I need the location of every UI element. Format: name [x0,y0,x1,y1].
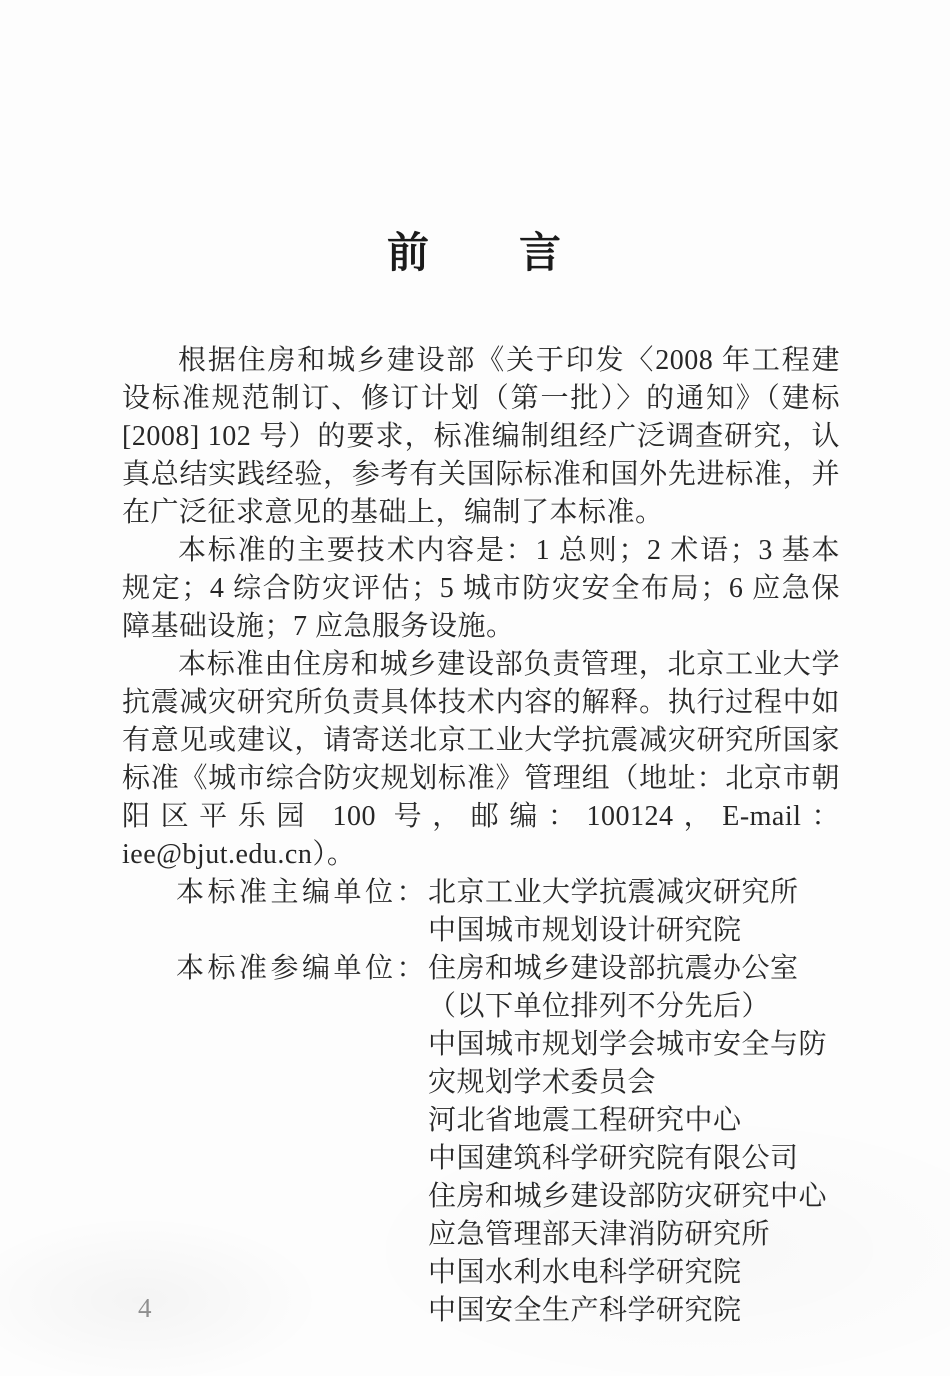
paragraph-management-contact: 本标准由住房和城乡建设部负责管理，北京工业大学抗震减灾研究所负责具体技术内容的解… [122,646,840,874]
chief-editor-unit-row: 本标准主编单位： 北京工业大学抗震减灾研究所 中国城市规划设计研究院 [176,874,840,950]
chief-editor-unit-label: 本标准主编单位： [176,874,428,912]
organization-name: 应急管理部天津消防研究所 [428,1216,840,1254]
organization-name: 河北省地震工程研究中心 [428,1102,840,1140]
participating-unit-orgs: 住房和城乡建设部抗震办公室（以下单位排列不分先后） 中国城市规划学会城市安全与防… [428,950,840,1330]
participating-unit-row: 本标准参编单位： 住房和城乡建设部抗震办公室（以下单位排列不分先后） 中国城市规… [176,950,840,1330]
organization-name: 中国安全生产科学研究院 [428,1292,840,1330]
organization-name: 北京工业大学抗震减灾研究所 [428,874,840,912]
organization-name: 住房和城乡建设部防灾研究中心 [428,1178,840,1216]
organization-name: 中国城市规划学会城市安全与防灾规划学术委员会 [428,1026,840,1102]
organization-name: 中国水利水电科学研究院 [428,1254,840,1292]
document-body: 根据住房和城乡建设部《关于印发〈2008 年工程建设标准规范制订、修订计划（第一… [122,342,840,1330]
paragraph-basis: 根据住房和城乡建设部《关于印发〈2008 年工程建设标准规范制订、修订计划（第一… [122,342,840,532]
paragraph-contents: 本标准的主要技术内容是：1 总则；2 术语；3 基本规定；4 综合防灾评估；5 … [122,532,840,646]
participating-unit-label: 本标准参编单位： [176,950,428,988]
chief-editor-unit-orgs: 北京工业大学抗震减灾研究所 中国城市规划设计研究院 [428,874,840,950]
organization-name: 中国城市规划设计研究院 [428,912,840,950]
organization-name: 住房和城乡建设部抗震办公室（以下单位排列不分先后） [428,950,840,1026]
page-title: 前 言 [0,0,950,278]
page-number: 4 [138,1293,152,1324]
organization-name: 中国建筑科学研究院有限公司 [428,1140,840,1178]
scanned-document-page: 前 言 根据住房和城乡建设部《关于印发〈2008 年工程建设标准规范制订、修订计… [0,0,950,1376]
unit-list: 本标准主编单位： 北京工业大学抗震减灾研究所 中国城市规划设计研究院 本标准参编… [176,874,840,1330]
